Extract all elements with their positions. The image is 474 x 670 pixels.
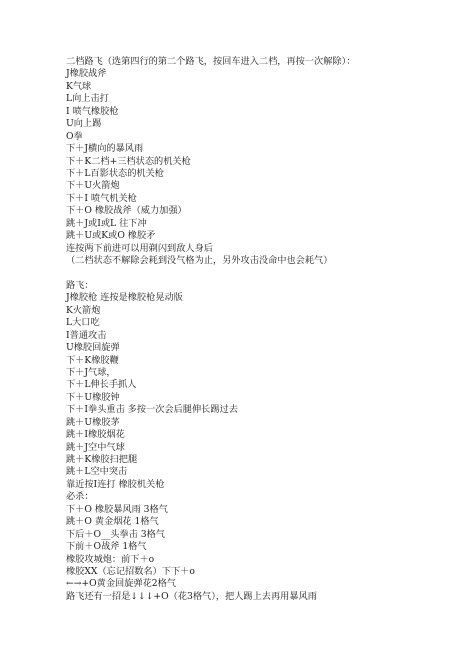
- move-line: L大口吃: [66, 317, 436, 329]
- move-line: 连按两下前进可以用剃闪到敌人身后: [66, 243, 436, 255]
- move-line: 跳＋U或K或O 橡胶矛: [66, 230, 436, 242]
- move-line: 跳＋J或I或L 往下冲: [66, 218, 436, 230]
- special-move-line: 下前＋O战斧 1格气: [66, 541, 436, 553]
- special-move-line: 下＋O 橡胶暴风雨 3格气: [66, 504, 436, 516]
- move-line: U橡胶回旋弹: [66, 342, 436, 354]
- move-line: 跳＋U橡胶茅: [66, 417, 436, 429]
- move-line: O拳: [66, 131, 436, 143]
- move-line: L向上击打: [66, 93, 436, 105]
- move-line: 下＋J气球，: [66, 367, 436, 379]
- move-line: J橡胶枪 连按是橡胶枪晃动版: [66, 292, 436, 304]
- special-move-line: 路飞还有一招是↓↓↓+O（花3格气），把人踢上去再用暴风雨: [66, 591, 436, 603]
- section-title-special-moves: 必杀：: [66, 491, 436, 503]
- move-line: 下＋L伸长手抓人: [66, 379, 436, 391]
- move-line: 下＋I拳头重击 多按一次会后腿伸长踢过去: [66, 404, 436, 416]
- move-line: 下＋U橡胶钟: [66, 392, 436, 404]
- section-title-gear-second: 二档路飞（选第四行的第二个路飞，按回车进入二档，再按一次解除）：: [66, 56, 436, 68]
- move-line: 下＋O 橡胶战斧（威力加强）: [66, 205, 436, 217]
- move-line: 下＋I 喷气机关枪: [66, 193, 436, 205]
- move-line: 下＋K橡胶鞭: [66, 355, 436, 367]
- move-line: J橡胶战斧: [66, 68, 436, 80]
- move-line: 下＋L百影状态的机关枪: [66, 168, 436, 180]
- document-page: 二档路飞（选第四行的第二个路飞，按回车进入二档，再按一次解除）： J橡胶战斧 K…: [66, 56, 436, 603]
- move-line: K火箭炮: [66, 305, 436, 317]
- special-move-line: 橡胶攻城炮：前下＋o: [66, 554, 436, 566]
- special-move-line: 下后＋O__头拳击 3格气: [66, 529, 436, 541]
- blank-line: [66, 267, 436, 279]
- special-move-line: 跳＋O 黄金烟花 1格气: [66, 516, 436, 528]
- move-line: 跳＋K橡胶扫把腿: [66, 454, 436, 466]
- move-line: I 喷气橡胶枪: [66, 106, 436, 118]
- move-line: 下＋J横向的暴风雨: [66, 143, 436, 155]
- move-line: K气球: [66, 81, 436, 93]
- move-line: 下＋K二档+三档状态的机关枪: [66, 156, 436, 168]
- move-line: U向上踢: [66, 118, 436, 130]
- special-move-line: ←→+O黄金回旋弹花2格气: [66, 578, 436, 590]
- note-line: （二档状态不解除会耗到没气格为止，另外攻击没命中也会耗气）: [66, 255, 436, 267]
- special-move-line: 橡胶XX（忘记招数名）下下＋o: [66, 566, 436, 578]
- move-line: 下＋U火箭炮: [66, 180, 436, 192]
- move-line: 跳＋J空中气球: [66, 442, 436, 454]
- move-line: 跳＋L空中突击: [66, 466, 436, 478]
- move-line: 靠近按I连打 橡胶机关枪: [66, 479, 436, 491]
- move-line: 跳＋I橡胶烟花: [66, 429, 436, 441]
- section-title-luffy: 路飞：: [66, 280, 436, 292]
- move-line: I普通攻击: [66, 330, 436, 342]
